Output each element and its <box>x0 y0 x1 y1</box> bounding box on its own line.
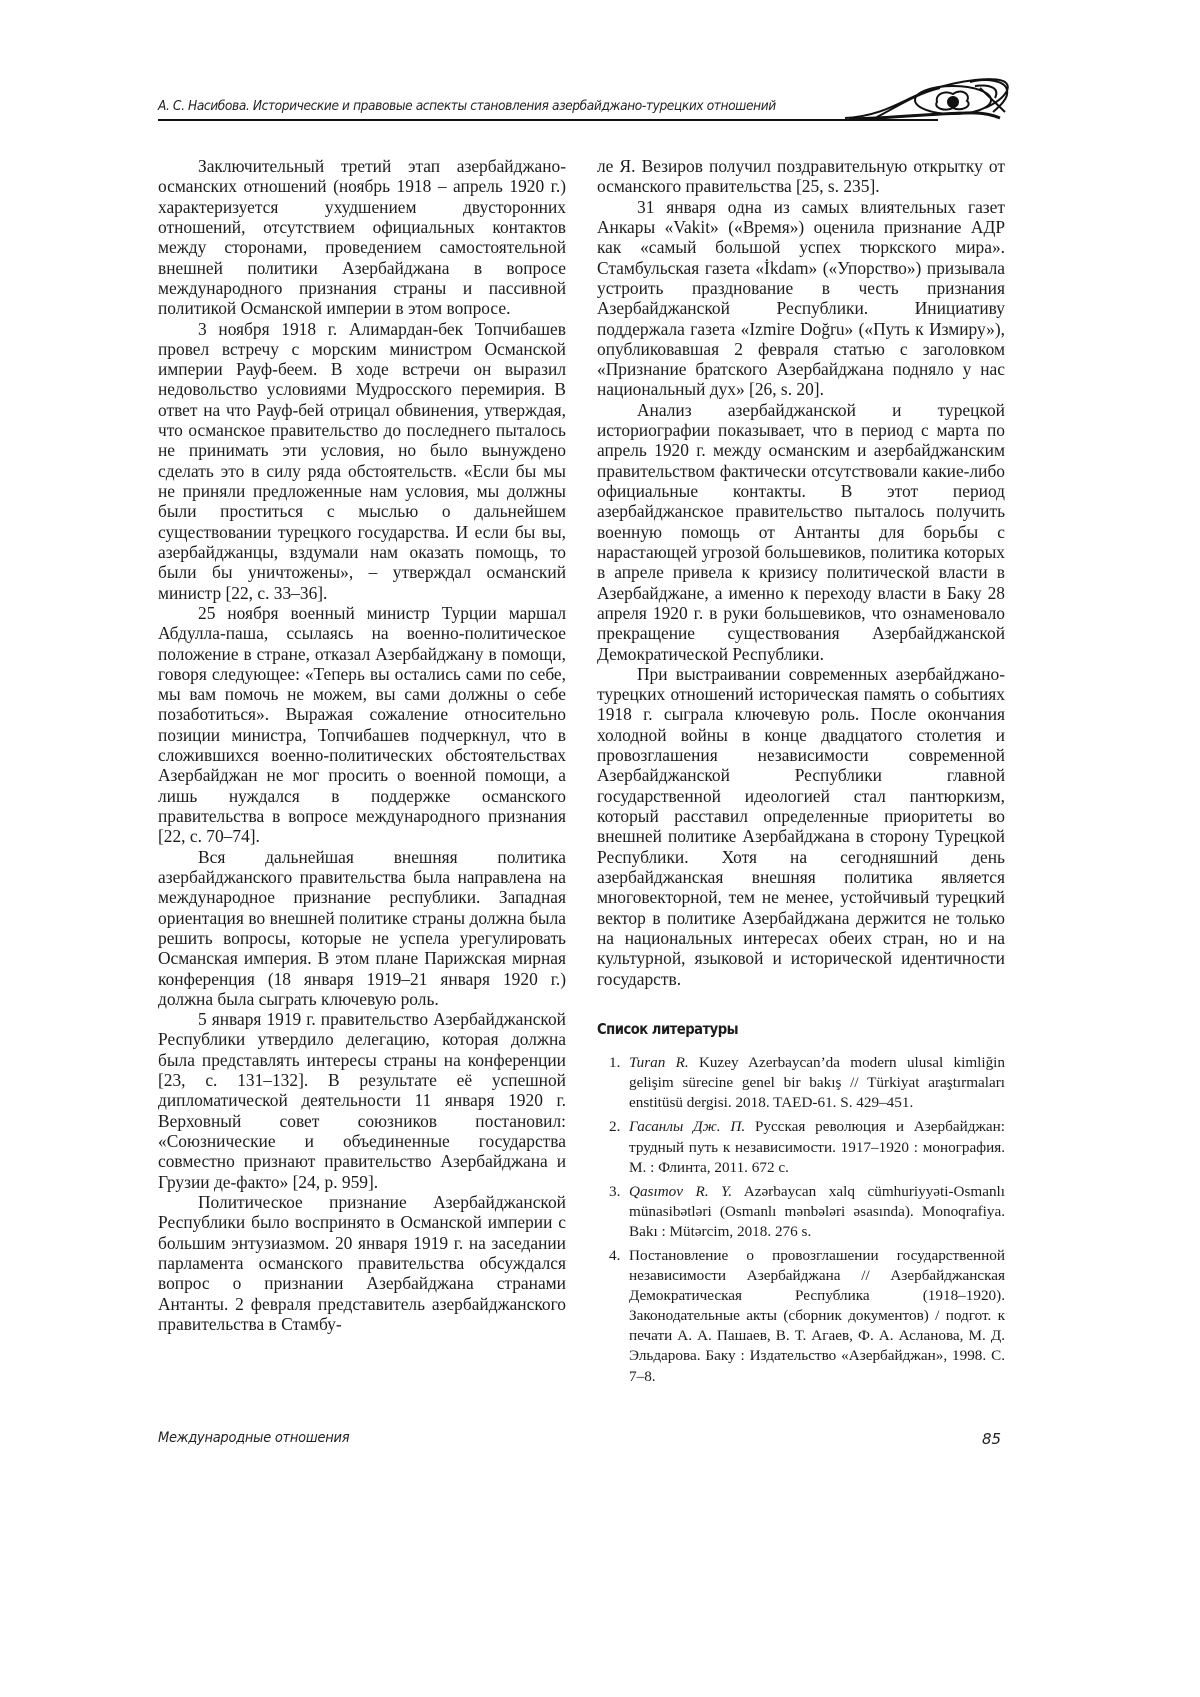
references-heading: Список литературы <box>597 1019 956 1039</box>
running-title: А. С. Насибова. Исторические и правовые … <box>158 98 776 114</box>
reference-number: 4. <box>609 1246 620 1266</box>
body-paragraph: Политическое признание Азербайджанской Р… <box>158 1192 566 1334</box>
reference-item: 1.Turan R. Kuzey Azerbaycan’da modern ul… <box>597 1053 1005 1113</box>
left-column: Заключительный третий этап азербайджано-… <box>158 156 566 1334</box>
reference-number: 2. <box>609 1117 620 1137</box>
body-paragraph: 5 января 1919 г. правительство Азербайдж… <box>158 1009 566 1192</box>
reference-item: 4.Постановление о провозглашении государ… <box>597 1246 1005 1387</box>
reference-author: Гасанлы Дж. П. <box>629 1118 745 1135</box>
body-paragraph: Заключительный третий этап азербайджано-… <box>158 156 566 319</box>
page-number: 85 <box>982 1430 1001 1448</box>
reference-author: Turan R. <box>629 1054 689 1071</box>
body-paragraph: 3 ноября 1918 г. Алимардан-бек Топчибаше… <box>158 319 566 603</box>
body-paragraph: Вся дальнейшая внешняя политика азербайд… <box>158 847 566 1010</box>
art-nouveau-ornament-icon <box>845 68 1015 120</box>
reference-item: 2.Гасанлы Дж. П. Русская революция и Азе… <box>597 1117 1005 1177</box>
right-column: ле Я. Везиров получил поздравительную от… <box>597 156 1005 1391</box>
body-paragraph-continued: ле Я. Везиров получил поздравительную от… <box>597 156 1005 197</box>
reference-number: 3. <box>609 1182 620 1202</box>
reference-author: Qasımov R. Y. <box>629 1183 732 1200</box>
header-rule <box>158 119 938 121</box>
body-paragraph: 31 января одна из самых влиятельных газе… <box>597 197 1005 400</box>
body-paragraph: 25 ноября военный министр Турции маршал … <box>158 603 566 847</box>
reference-number: 1. <box>609 1053 620 1073</box>
body-paragraph: Анализ азербайджанской и турецкой истори… <box>597 400 1005 664</box>
body-paragraph: При выстраивании современных азербайджан… <box>597 664 1005 989</box>
reference-text: Постановление о провозглашении государст… <box>629 1247 1005 1385</box>
reference-item: 3.Qasımov R. Y. Azərbaycan xalq cümhuriy… <box>597 1182 1005 1242</box>
references-list: 1.Turan R. Kuzey Azerbaycan’da modern ul… <box>597 1053 1005 1387</box>
journal-section-footer: Международные отношения <box>158 1430 349 1446</box>
